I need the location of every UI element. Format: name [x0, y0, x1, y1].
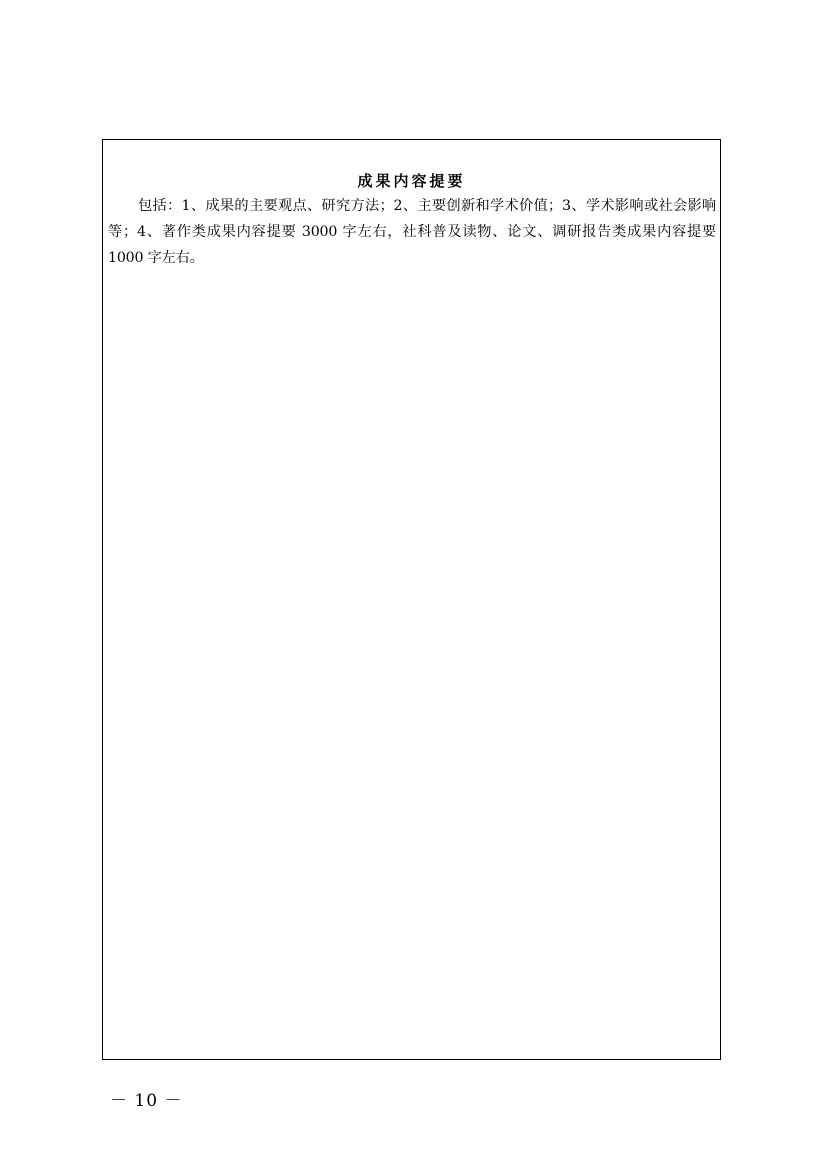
- section-title: 成果内容提要: [103, 171, 720, 191]
- instructions-text: 包括：1、成果的主要观点、研究方法；2、主要创新和学术价值；3、学术影响或社会影…: [108, 193, 716, 271]
- summary-content-area[interactable]: [108, 275, 715, 1054]
- summary-form-box: 成果内容提要 包括：1、成果的主要观点、研究方法；2、主要创新和学术价值；3、学…: [102, 139, 721, 1060]
- page-number: － 10 －: [110, 1086, 182, 1111]
